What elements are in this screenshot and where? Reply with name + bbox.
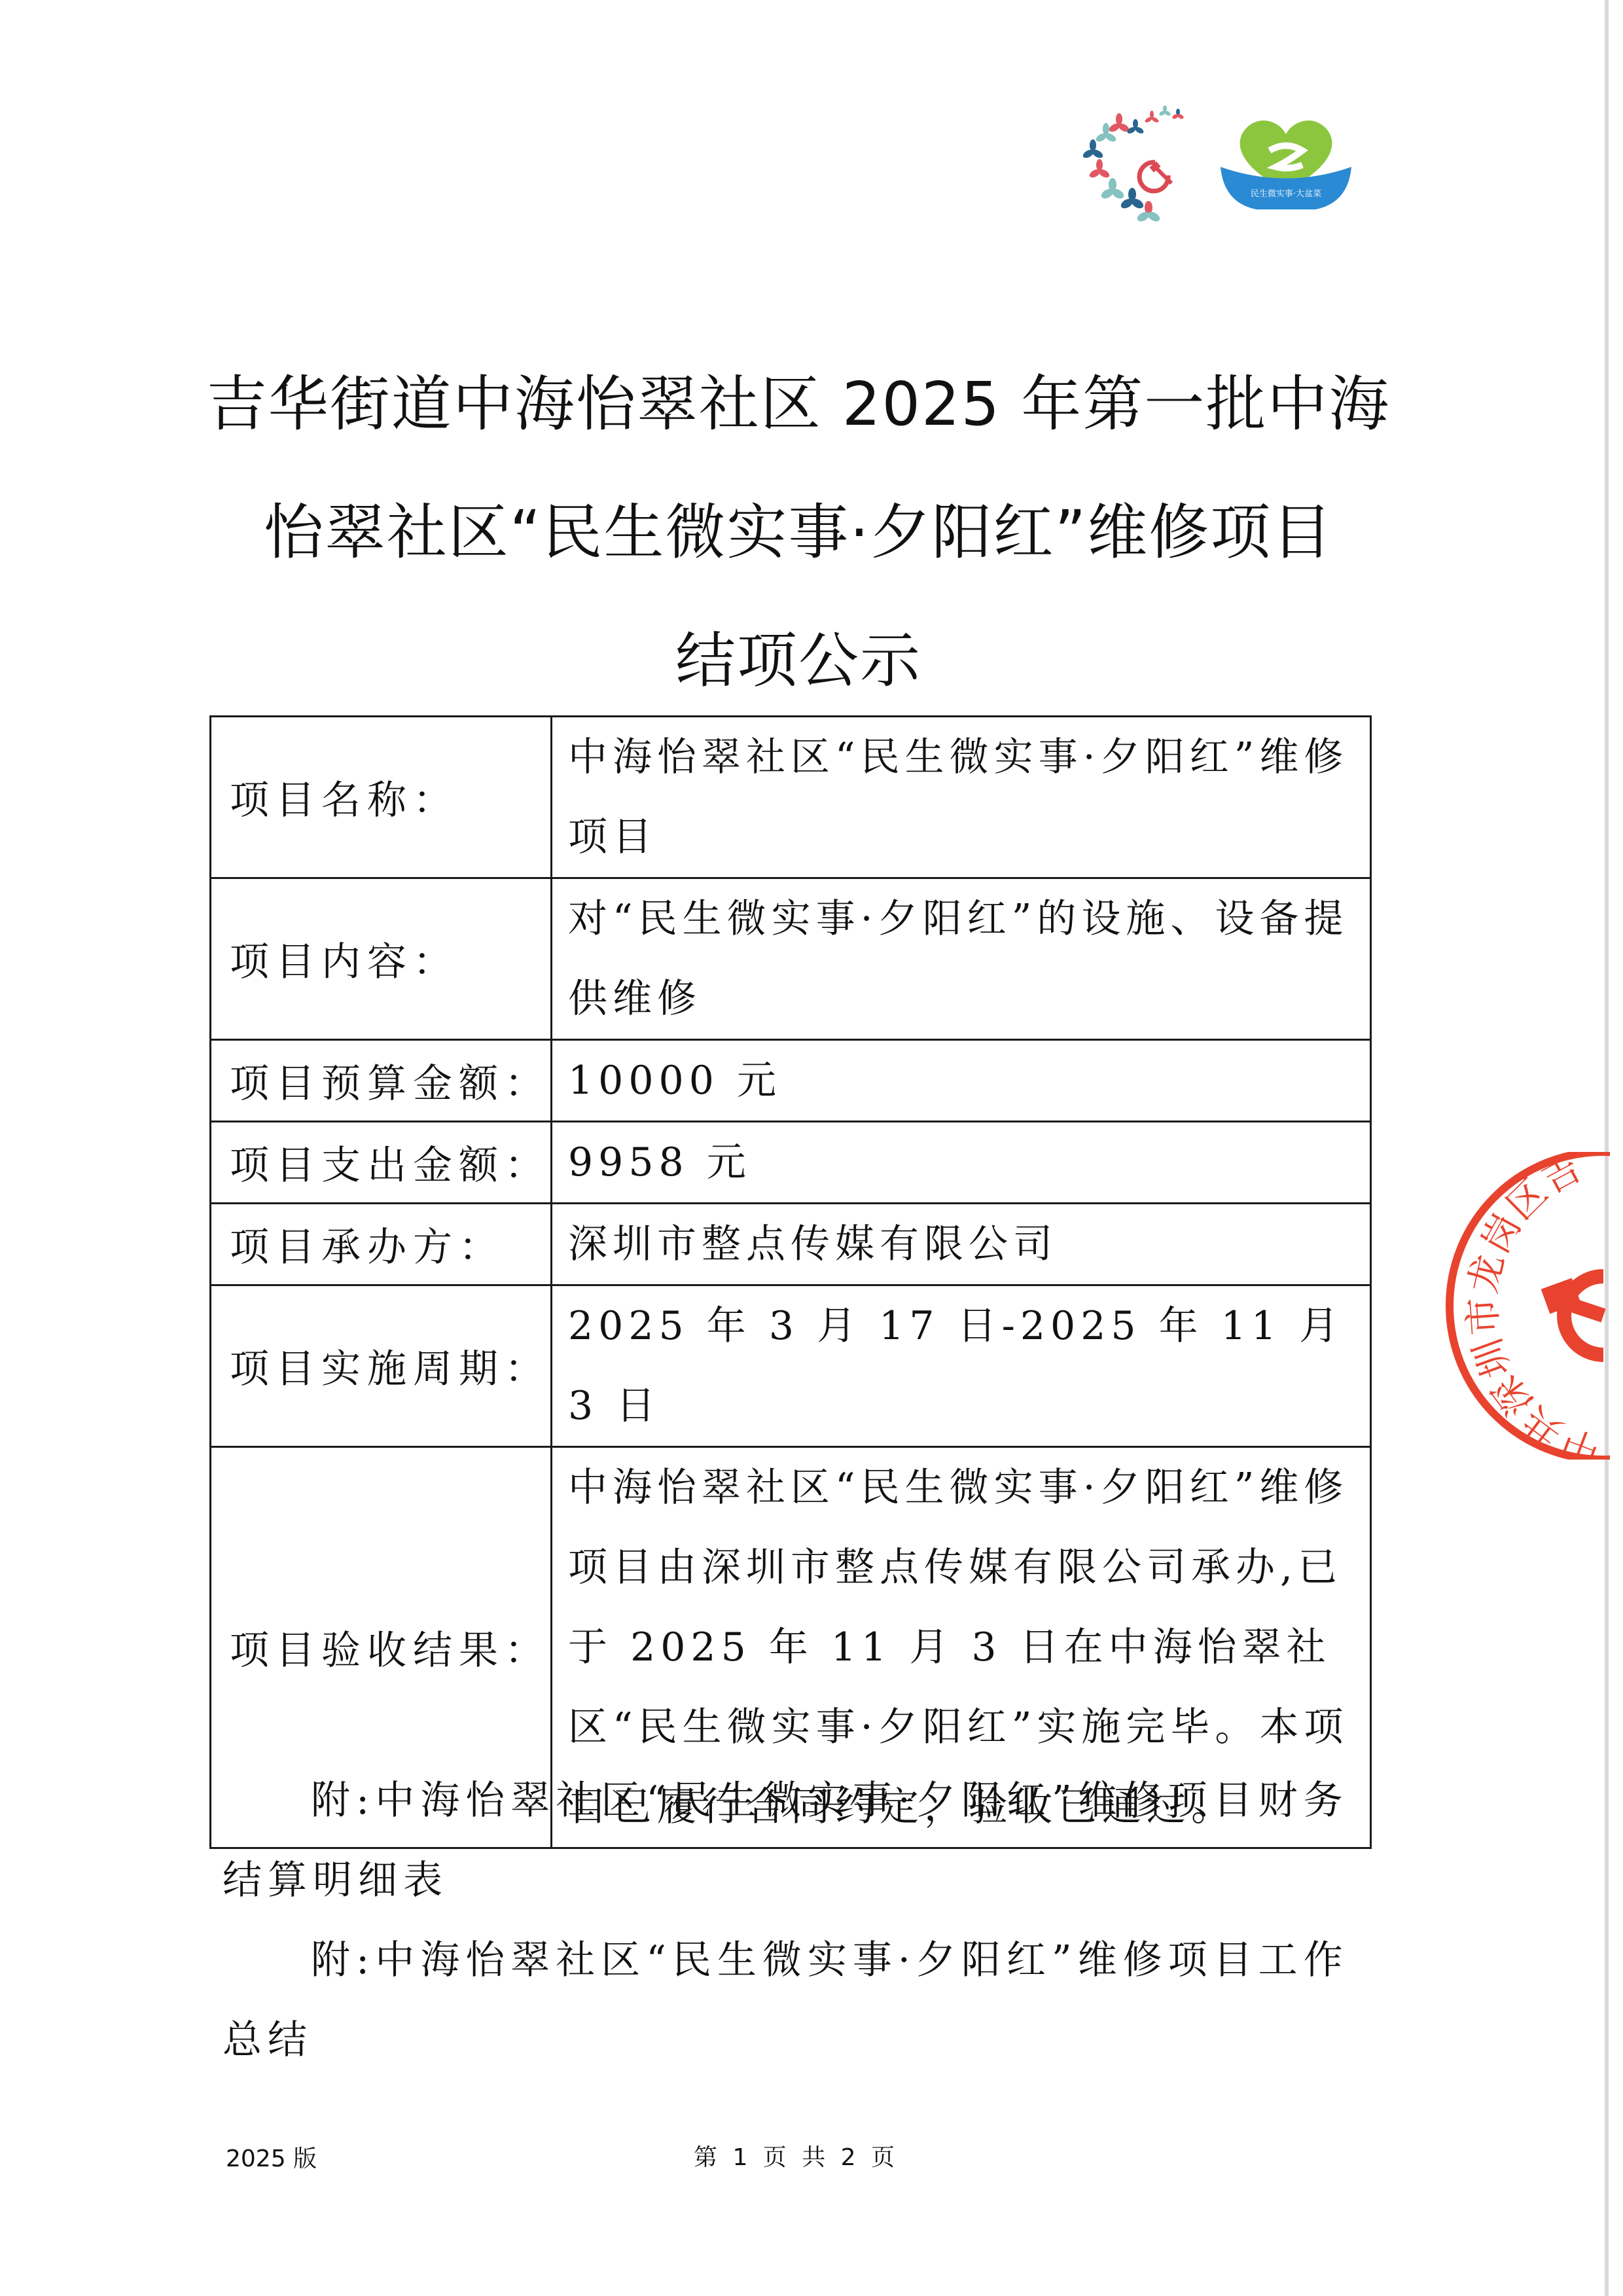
attachment-work-summary: 附:中海怡翠社区“民生微实事·夕阳红”维修项目工作总结 xyxy=(223,1920,1374,2080)
row-value-budget: 10000 元 xyxy=(552,1040,1371,1122)
table-row: 项目名称： 中海怡翠社区“民生微实事·夕阳红”维修项目 xyxy=(211,717,1371,878)
logo-group: 民生微实事·大盆菜 xyxy=(1073,98,1361,229)
row-label-budget: 项目预算金额： xyxy=(211,1040,552,1122)
row-label-period: 项目实施周期： xyxy=(211,1285,552,1447)
page-indicator: 第 1 页 共 2 页 xyxy=(694,2139,899,2172)
official-seal: 中共深圳市龙岗区吉华街道中海 xyxy=(1407,1152,1610,1460)
table-row: 项目支出金额： 9958 元 xyxy=(211,1122,1371,1204)
seal-stamp-icon: 中共深圳市龙岗区吉华街道中海 xyxy=(1407,1152,1610,1460)
row-value-contractor: 深圳市整点传媒有限公司 xyxy=(552,1204,1371,1285)
project-info-table: 项目名称： 中海怡翠社区“民生微实事·夕阳红”维修项目 项目内容： 对“民生微实… xyxy=(209,715,1372,1849)
row-value-project-content: 对“民生微实事·夕阳红”的设施、设备提供维修 xyxy=(552,878,1371,1040)
row-label-project-name: 项目名称： xyxy=(211,717,552,878)
row-label-project-content: 项目内容： xyxy=(211,878,552,1040)
party-heart-logo-icon xyxy=(1073,98,1191,223)
row-value-project-name: 中海怡翠社区“民生微实事·夕阳红”维修项目 xyxy=(552,717,1371,878)
page-edge xyxy=(1605,0,1609,2296)
row-label-contractor: 项目承办方： xyxy=(211,1204,552,1285)
table-row: 项目实施周期： 2025 年 3 月 17 日-2025 年 11 月 3 日 xyxy=(211,1285,1371,1447)
table-row: 项目承办方： 深圳市整点传媒有限公司 xyxy=(211,1204,1371,1285)
svg-text:民生微实事·大盆菜: 民生微实事·大盆菜 xyxy=(1251,188,1321,199)
title-line-3: 结项公示 xyxy=(196,597,1400,725)
row-value-period: 2025 年 3 月 17 日-2025 年 11 月 3 日 xyxy=(552,1285,1371,1447)
row-label-expense: 项目支出金额： xyxy=(211,1122,552,1204)
version-label: 2025 版 xyxy=(226,2140,317,2174)
table-row: 项目预算金额： 10000 元 xyxy=(211,1040,1371,1122)
title-line-2: 怡翠社区“民生微实事·夕阳红”维修项目 xyxy=(196,469,1400,597)
row-value-expense: 9958 元 xyxy=(552,1122,1371,1204)
minsheng-bowl-logo-icon: 民生微实事·大盆菜 xyxy=(1217,111,1355,219)
table-row: 项目内容： 对“民生微实事·夕阳红”的设施、设备提供维修 xyxy=(211,878,1371,1040)
attachment-financial-statement: 附:中海怡翠社区“民生微实事·夕阳红”维修项目财务结算明细表 xyxy=(223,1761,1374,1920)
page-title: 吉华街道中海怡翠社区 2025 年第一批中海 怡翠社区“民生微实事·夕阳红”维修… xyxy=(196,340,1400,725)
title-line-1: 吉华街道中海怡翠社区 2025 年第一批中海 xyxy=(196,340,1400,469)
